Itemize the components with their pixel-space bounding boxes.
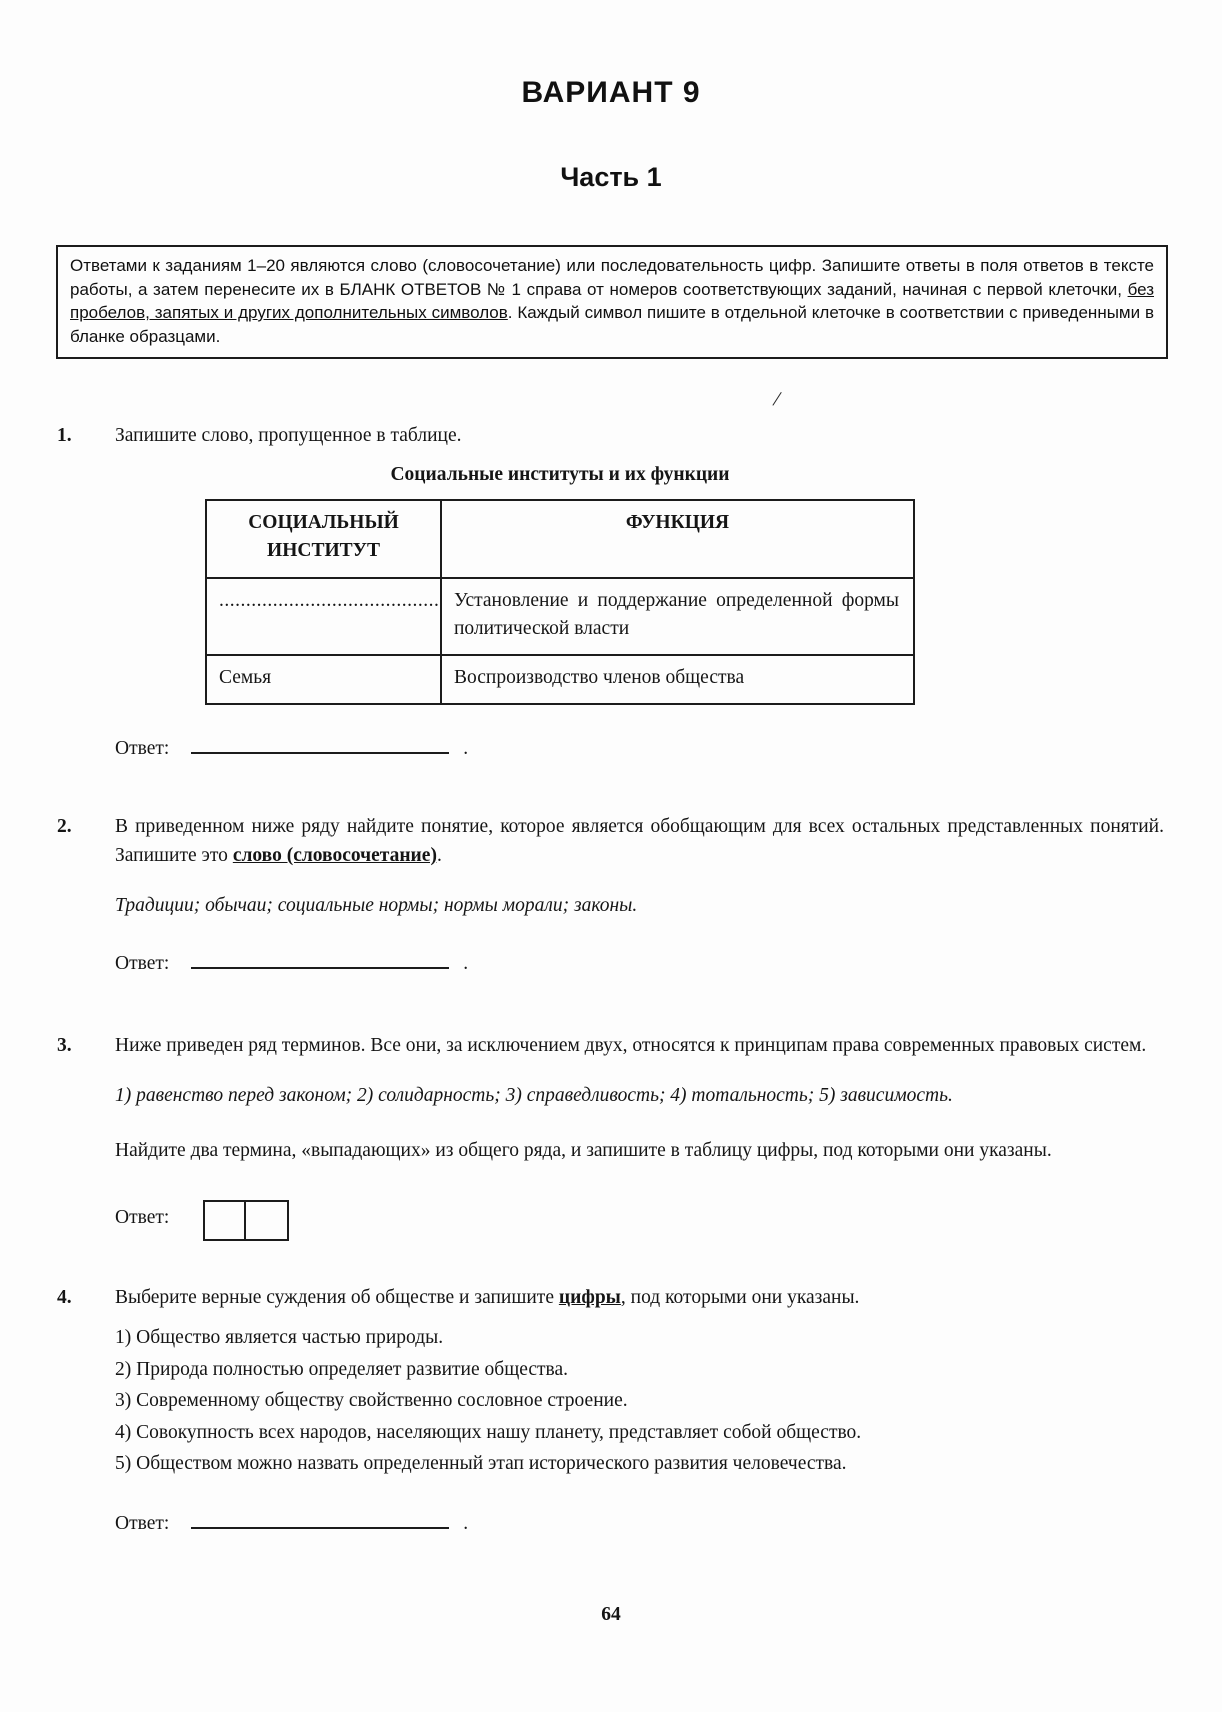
q1-table-row-missing: ........................................… <box>206 578 914 655</box>
question-4-text-end: , под которыми они указаны. <box>621 1287 860 1308</box>
q3-answer-boxes <box>203 1200 289 1241</box>
q2-answer-period: . <box>463 953 468 974</box>
question-2-text-underlined: слово (словосочетание) <box>233 845 437 866</box>
q4-answer-blank <box>191 1513 449 1529</box>
question-2-text: В приведенном ниже ряду найдите понятие,… <box>115 812 1164 870</box>
question-3-text-2: Найдите два термина, «выпадающих» из общ… <box>115 1136 1164 1165</box>
question-4-text-start: Выберите верные суждения об обществе и з… <box>115 1287 559 1308</box>
exam-document-page: ВАРИАНТ 9 Часть 1 Ответами к заданиям 1–… <box>0 0 1222 1712</box>
question-1: 1. Запишите слово, пропущенное в таблице… <box>57 421 1164 760</box>
q4-answer-period: . <box>463 1513 468 1534</box>
question-4-option-3: 3) Современному обществу свойственно сос… <box>115 1385 1164 1417</box>
page-number: 64 <box>0 1604 1222 1626</box>
question-4: 4. Выберите верные суждения об обществе … <box>57 1283 1164 1535</box>
question-4-option-2: 2) Природа полностью определяет развитие… <box>115 1354 1164 1386</box>
q2-answer-label: Ответ: <box>115 953 169 974</box>
scan-artifact-slash: / <box>771 386 783 413</box>
q1-answer-period: . <box>463 738 468 759</box>
q1-table-cell-function-1: Установление и поддержание определенной … <box>441 578 914 655</box>
question-4-option-1: 1) Общество является частью природы. <box>115 1322 1164 1354</box>
q4-answer-row: Ответ:. <box>115 1513 1164 1535</box>
q3-answer-label: Ответ: <box>115 1207 169 1228</box>
question-4-option-5: 5) Обществом можно назвать определенный … <box>115 1448 1164 1480</box>
q1-table-cell-function-2: Воспроизводство членов общества <box>441 655 914 704</box>
question-2-terms: Традиции; обычаи; социальные нормы; норм… <box>115 891 1164 920</box>
q1-table-header-row: СОЦИАЛЬНЫЙ ИНСТИТУТ ФУНКЦИЯ <box>206 500 914 578</box>
question-1-number: 1. <box>57 421 115 760</box>
instructions-text-start: Ответами к заданиям 1–20 являются слово … <box>70 256 1154 299</box>
q1-answer-row: Ответ:. <box>115 738 1164 760</box>
q2-answer-row: Ответ:. <box>115 953 1164 975</box>
question-2-text-end: . <box>437 845 442 866</box>
question-3-text: Ниже приведен ряд терминов. Все они, за … <box>115 1031 1164 1060</box>
question-4-text: Выберите верные суждения об обществе и з… <box>115 1283 1164 1312</box>
question-4-text-underlined: цифры <box>559 1287 621 1308</box>
question-3-terms: 1) равенство перед законом; 2) солидарно… <box>115 1081 1164 1110</box>
q1-table-cell-institute-2: Семья <box>206 655 441 704</box>
instructions-box: Ответами к заданиям 1–20 являются слово … <box>56 245 1168 359</box>
q3-answer-cell-2 <box>246 1202 287 1239</box>
question-2-number: 2. <box>57 812 115 975</box>
question-2: 2. В приведенном ниже ряду найдите понят… <box>57 812 1164 975</box>
question-1-text: Запишите слово, пропущенное в таблице. <box>115 421 1164 450</box>
q1-answer-blank <box>191 738 449 754</box>
question-4-options: 1) Общество является частью природы. 2) … <box>115 1322 1164 1480</box>
q1-table-cell-missing-word: ........................................… <box>206 578 441 655</box>
question-3-number: 3. <box>57 1031 115 1239</box>
question-3: 3. Ниже приведен ряд терминов. Все они, … <box>57 1031 1164 1239</box>
q1-answer-label: Ответ: <box>115 738 169 759</box>
q1-table-row-family: Семья Воспроизводство членов общества <box>206 655 914 704</box>
q3-answer-cell-1 <box>205 1202 246 1239</box>
q4-answer-label: Ответ: <box>115 1513 169 1534</box>
q1-table: СОЦИАЛЬНЫЙ ИНСТИТУТ ФУНКЦИЯ ............… <box>205 499 915 705</box>
q1-table-header-function: ФУНКЦИЯ <box>441 500 914 578</box>
question-4-number: 4. <box>57 1283 115 1535</box>
part-title: Часть 1 <box>0 162 1222 193</box>
q1-table-caption: Социальные институты и их функции <box>205 464 915 486</box>
variant-title: ВАРИАНТ 9 <box>0 0 1222 110</box>
question-4-option-4: 4) Совокупность всех народов, населяющих… <box>115 1417 1164 1449</box>
q3-answer-row: Ответ: <box>115 1198 1164 1239</box>
q1-table-header-institute: СОЦИАЛЬНЫЙ ИНСТИТУТ <box>206 500 441 578</box>
q2-answer-blank <box>191 953 449 969</box>
